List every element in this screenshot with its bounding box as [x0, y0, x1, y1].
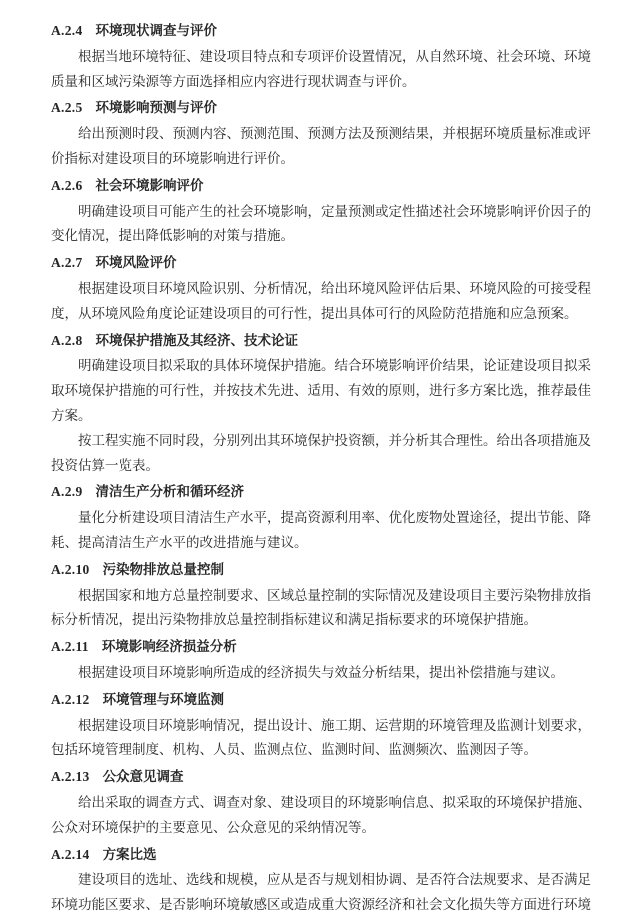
section-number: A.2.6	[51, 178, 83, 193]
section-paragraph: 按工程实施不同时段，分别列出其环境保护投资额，并分析其合理性。给出各项措施及投资…	[51, 429, 591, 479]
section-heading: A.2.8环境保护措施及其经济、技术论证	[51, 329, 591, 354]
section-title: 环境影响预测与评价	[96, 100, 218, 115]
section-paragraph: 量化分析建设项目清洁生产水平，提高资源利用率、优化废物处置途径，提出节能、降耗、…	[51, 506, 591, 556]
section-number: A.2.5	[51, 100, 83, 115]
section-body: 给出预测时段、预测内容、预测范围、预测方法及预测结果，并根据环境质量标准或评价指…	[51, 122, 591, 172]
section-body: 量化分析建设项目清洁生产水平，提高资源利用率、优化废物处置途径，提出节能、降耗、…	[51, 506, 591, 556]
document-section: A.2.9清洁生产分析和循环经济 量化分析建设项目清洁生产水平，提高资源利用率、…	[51, 480, 591, 555]
section-paragraph: 根据建设项目环境风险识别、分析情况，给出环境风险评估后果、环境风险的可接受程度，…	[51, 277, 591, 327]
section-paragraph: 根据建设项目环境影响所造成的经济损失与效益分析结果，提出补偿措施与建议。	[51, 661, 591, 686]
section-heading: A.2.6社会环境影响评价	[51, 174, 591, 199]
section-title: 污染物排放总量控制	[103, 562, 225, 577]
section-number: A.2.11	[51, 639, 89, 654]
section-number: A.2.13	[51, 769, 90, 784]
section-heading: A.2.12环境管理与环境监测	[51, 688, 591, 713]
section-number: A.2.14	[51, 847, 90, 862]
section-heading: A.2.9清洁生产分析和循环经济	[51, 480, 591, 505]
section-title: 环境管理与环境监测	[103, 692, 225, 707]
section-number: A.2.4	[51, 23, 83, 38]
section-heading: A.2.13公众意见调查	[51, 765, 591, 790]
section-paragraph: 给出预测时段、预测内容、预测范围、预测方法及预测结果，并根据环境质量标准或评价指…	[51, 122, 591, 172]
section-title: 环境现状调查与评价	[96, 23, 218, 38]
document-section: A.2.12环境管理与环境监测 根据建设项目环境影响情况，提出设计、施工期、运营…	[51, 688, 591, 763]
section-body: 给出采取的调查方式、调查对象、建设项目的环境影响信息、拟采取的环境保护措施、公众…	[51, 791, 591, 841]
section-body: 根据当地环境特征、建设项目特点和专项评价设置情况，从自然环境、社会环境、环境质量…	[51, 45, 591, 95]
document-section: A.2.7环境风险评价 根据建设项目环境风险识别、分析情况，给出环境风险评估后果…	[51, 251, 591, 326]
section-paragraph: 根据国家和地方总量控制要求、区域总量控制的实际情况及建设项目主要污染物排放指标分…	[51, 584, 591, 634]
section-number: A.2.9	[51, 484, 83, 499]
document-section: A.2.6社会环境影响评价 明确建设项目可能产生的社会环境影响，定量预测或定性描…	[51, 174, 591, 249]
section-body: 明确建设项目可能产生的社会环境影响，定量预测或定性描述社会环境影响评价因子的变化…	[51, 200, 591, 250]
section-paragraph: 根据建设项目环境影响情况，提出设计、施工期、运营期的环境管理及监测计划要求，包括…	[51, 714, 591, 764]
section-number: A.2.8	[51, 333, 83, 348]
section-heading: A.2.10污染物排放总量控制	[51, 558, 591, 583]
section-heading: A.2.14方案比选	[51, 843, 591, 868]
document-section: A.2.5环境影响预测与评价 给出预测时段、预测内容、预测范围、预测方法及预测结…	[51, 96, 591, 171]
section-paragraph: 建设项目的选址、选线和规模，应从是否与规划相协调、是否符合法规要求、是否满足环境…	[51, 868, 591, 918]
section-number: A.2.7	[51, 255, 83, 270]
section-title: 环境保护措施及其经济、技术论证	[96, 333, 299, 348]
document-section: A.2.4环境现状调查与评价 根据当地环境特征、建设项目特点和专项评价设置情况，…	[51, 19, 591, 94]
section-heading: A.2.7环境风险评价	[51, 251, 591, 276]
section-body: 根据建设项目环境风险识别、分析情况，给出环境风险评估后果、环境风险的可接受程度，…	[51, 277, 591, 327]
document-section: A.2.10污染物排放总量控制 根据国家和地方总量控制要求、区域总量控制的实际情…	[51, 558, 591, 633]
section-title: 社会环境影响评价	[96, 178, 204, 193]
section-body: 根据建设项目环境影响情况，提出设计、施工期、运营期的环境管理及监测计划要求，包括…	[51, 714, 591, 764]
section-heading: A.2.4环境现状调查与评价	[51, 19, 591, 44]
section-body: 建设项目的选址、选线和规模，应从是否与规划相协调、是否符合法规要求、是否满足环境…	[51, 868, 591, 918]
section-heading: A.2.5环境影响预测与评价	[51, 96, 591, 121]
section-heading: A.2.11环境影响经济损益分析	[51, 635, 591, 660]
document-section: A.2.8环境保护措施及其经济、技术论证 明确建设项目拟采取的具体环境保护措施。…	[51, 329, 591, 479]
section-title: 公众意见调查	[103, 769, 184, 784]
section-paragraph: 根据当地环境特征、建设项目特点和专项评价设置情况，从自然环境、社会环境、环境质量…	[51, 45, 591, 95]
section-title: 方案比选	[103, 847, 157, 862]
section-paragraph: 明确建设项目可能产生的社会环境影响，定量预测或定性描述社会环境影响评价因子的变化…	[51, 200, 591, 250]
document-section: A.2.14方案比选 建设项目的选址、选线和规模，应从是否与规划相协调、是否符合…	[51, 843, 591, 918]
document-section: A.2.11环境影响经济损益分析 根据建设项目环境影响所造成的经济损失与效益分析…	[51, 635, 591, 686]
section-body: 根据国家和地方总量控制要求、区域总量控制的实际情况及建设项目主要污染物排放指标分…	[51, 584, 591, 634]
section-paragraph: 给出采取的调查方式、调查对象、建设项目的环境影响信息、拟采取的环境保护措施、公众…	[51, 791, 591, 841]
section-paragraph: 明确建设项目拟采取的具体环境保护措施。结合环境影响评价结果，论证建设项目拟采取环…	[51, 354, 591, 428]
document-page: A.2.4环境现状调查与评价 根据当地环境特征、建设项目特点和专项评价设置情况，…	[0, 0, 642, 922]
section-title: 环境风险评价	[96, 255, 177, 270]
document-section: A.2.13公众意见调查 给出采取的调查方式、调查对象、建设项目的环境影响信息、…	[51, 765, 591, 840]
section-number: A.2.10	[51, 562, 90, 577]
section-body: 明确建设项目拟采取的具体环境保护措施。结合环境影响评价结果，论证建设项目拟采取环…	[51, 354, 591, 478]
section-number: A.2.12	[51, 692, 90, 707]
section-title: 环境影响经济损益分析	[102, 639, 237, 654]
section-title: 清洁生产分析和循环经济	[96, 484, 245, 499]
section-body: 根据建设项目环境影响所造成的经济损失与效益分析结果，提出补偿措施与建议。	[51, 661, 591, 686]
